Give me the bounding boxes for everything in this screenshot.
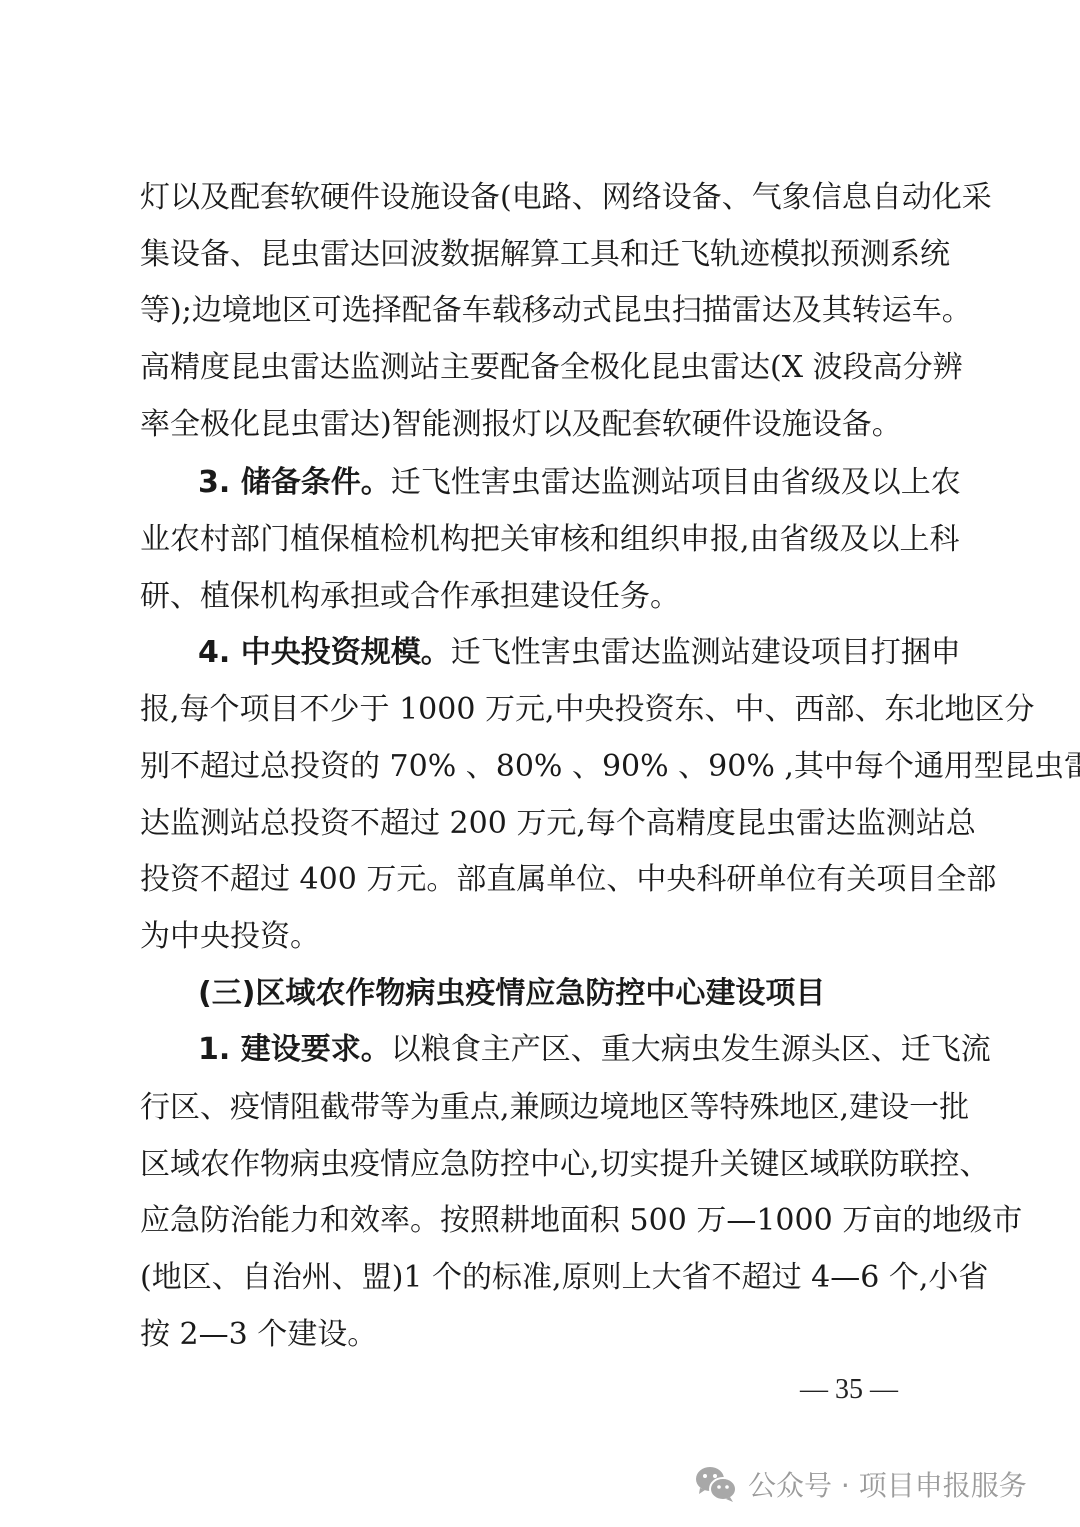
section-heading: (三)区域农作物病虫疫情应急防控中心建设项目 xyxy=(140,966,942,1022)
text-line: 集设备、昆虫雷达回波数据解算工具和迁飞轨迹模拟预测系统 xyxy=(140,227,942,283)
text-line: (地区、自治州、盟)1 个的标准,原则上大省不超过 4—6 个,小省 xyxy=(140,1250,942,1306)
text-line: 高精度昆虫雷达监测站主要配备全极化昆虫雷达(X 波段高分辨 xyxy=(140,340,942,396)
text-line: 达监测站总投资不超过 200 万元,每个高精度昆虫雷达监测站总 xyxy=(140,796,942,852)
item-title: 1. 建设要求。 xyxy=(198,1032,391,1067)
watermark-text: 公众号 · 项目申报服务 xyxy=(748,1464,1027,1504)
text-line: 研、植保机构承担或合作承担建设任务。 xyxy=(140,569,942,625)
text-line: 灯以及配套软硬件设施设备(电路、网络设备、气象信息自动化采 xyxy=(140,170,942,226)
paragraph-3-first-line: 3. 储备条件。迁飞性害虫雷达监测站项目由省级及以上农 xyxy=(140,455,942,511)
text-line: 应急防治能力和效率。按照耕地面积 500 万—1000 万亩的地级市 xyxy=(140,1193,942,1249)
text-line: 别不超过总投资的 70% 、80% 、90% 、90% ,其中每个通用型昆虫雷 xyxy=(140,739,942,795)
paragraph-1-first-line: 1. 建设要求。以粮食主产区、重大病虫发生源头区、迁飞流 xyxy=(140,1022,942,1078)
page-number: — 35 — xyxy=(800,1370,898,1410)
text-line: 按 2—3 个建设。 xyxy=(140,1307,942,1363)
text-span: 迁飞性害虫雷达监测站项目由省级及以上农 xyxy=(391,465,961,500)
text-line: 报,每个项目不少于 1000 万元,中央投资东、中、西部、东北地区分 xyxy=(140,682,942,738)
paragraph-4-first-line: 4. 中央投资规模。迁飞性害虫雷达监测站建设项目打捆申 xyxy=(140,625,942,681)
text-line: 投资不超过 400 万元。部直属单位、中央科研单位有关项目全部 xyxy=(140,852,942,908)
item-title: 4. 中央投资规模。 xyxy=(198,635,451,670)
text-line: 为中央投资。 xyxy=(140,909,942,965)
text-line: 等);边境地区可选择配备车载移动式昆虫扫描雷达及其转运车。 xyxy=(140,283,942,339)
text-line: 率全极化昆虫雷达)智能测报灯以及配套软硬件设施设备。 xyxy=(140,397,942,453)
text-line: 区域农作物病虫疫情应急防控中心,切实提升关键区域联防联控、 xyxy=(140,1137,942,1193)
watermark: 公众号 · 项目申报服务 xyxy=(694,1462,1027,1506)
wechat-icon xyxy=(694,1464,738,1504)
text-line: 行区、疫情阻截带等为重点,兼顾边境地区等特殊地区,建设一批 xyxy=(140,1080,942,1136)
text-span: 以粮食主产区、重大病虫发生源头区、迁飞流 xyxy=(391,1032,991,1067)
text-line: 业农村部门植保植检机构把关审核和组织申报,由省级及以上科 xyxy=(140,512,942,568)
item-title: 3. 储备条件。 xyxy=(198,465,391,500)
text-span: 迁飞性害虫雷达监测站建设项目打捆申 xyxy=(451,635,961,670)
